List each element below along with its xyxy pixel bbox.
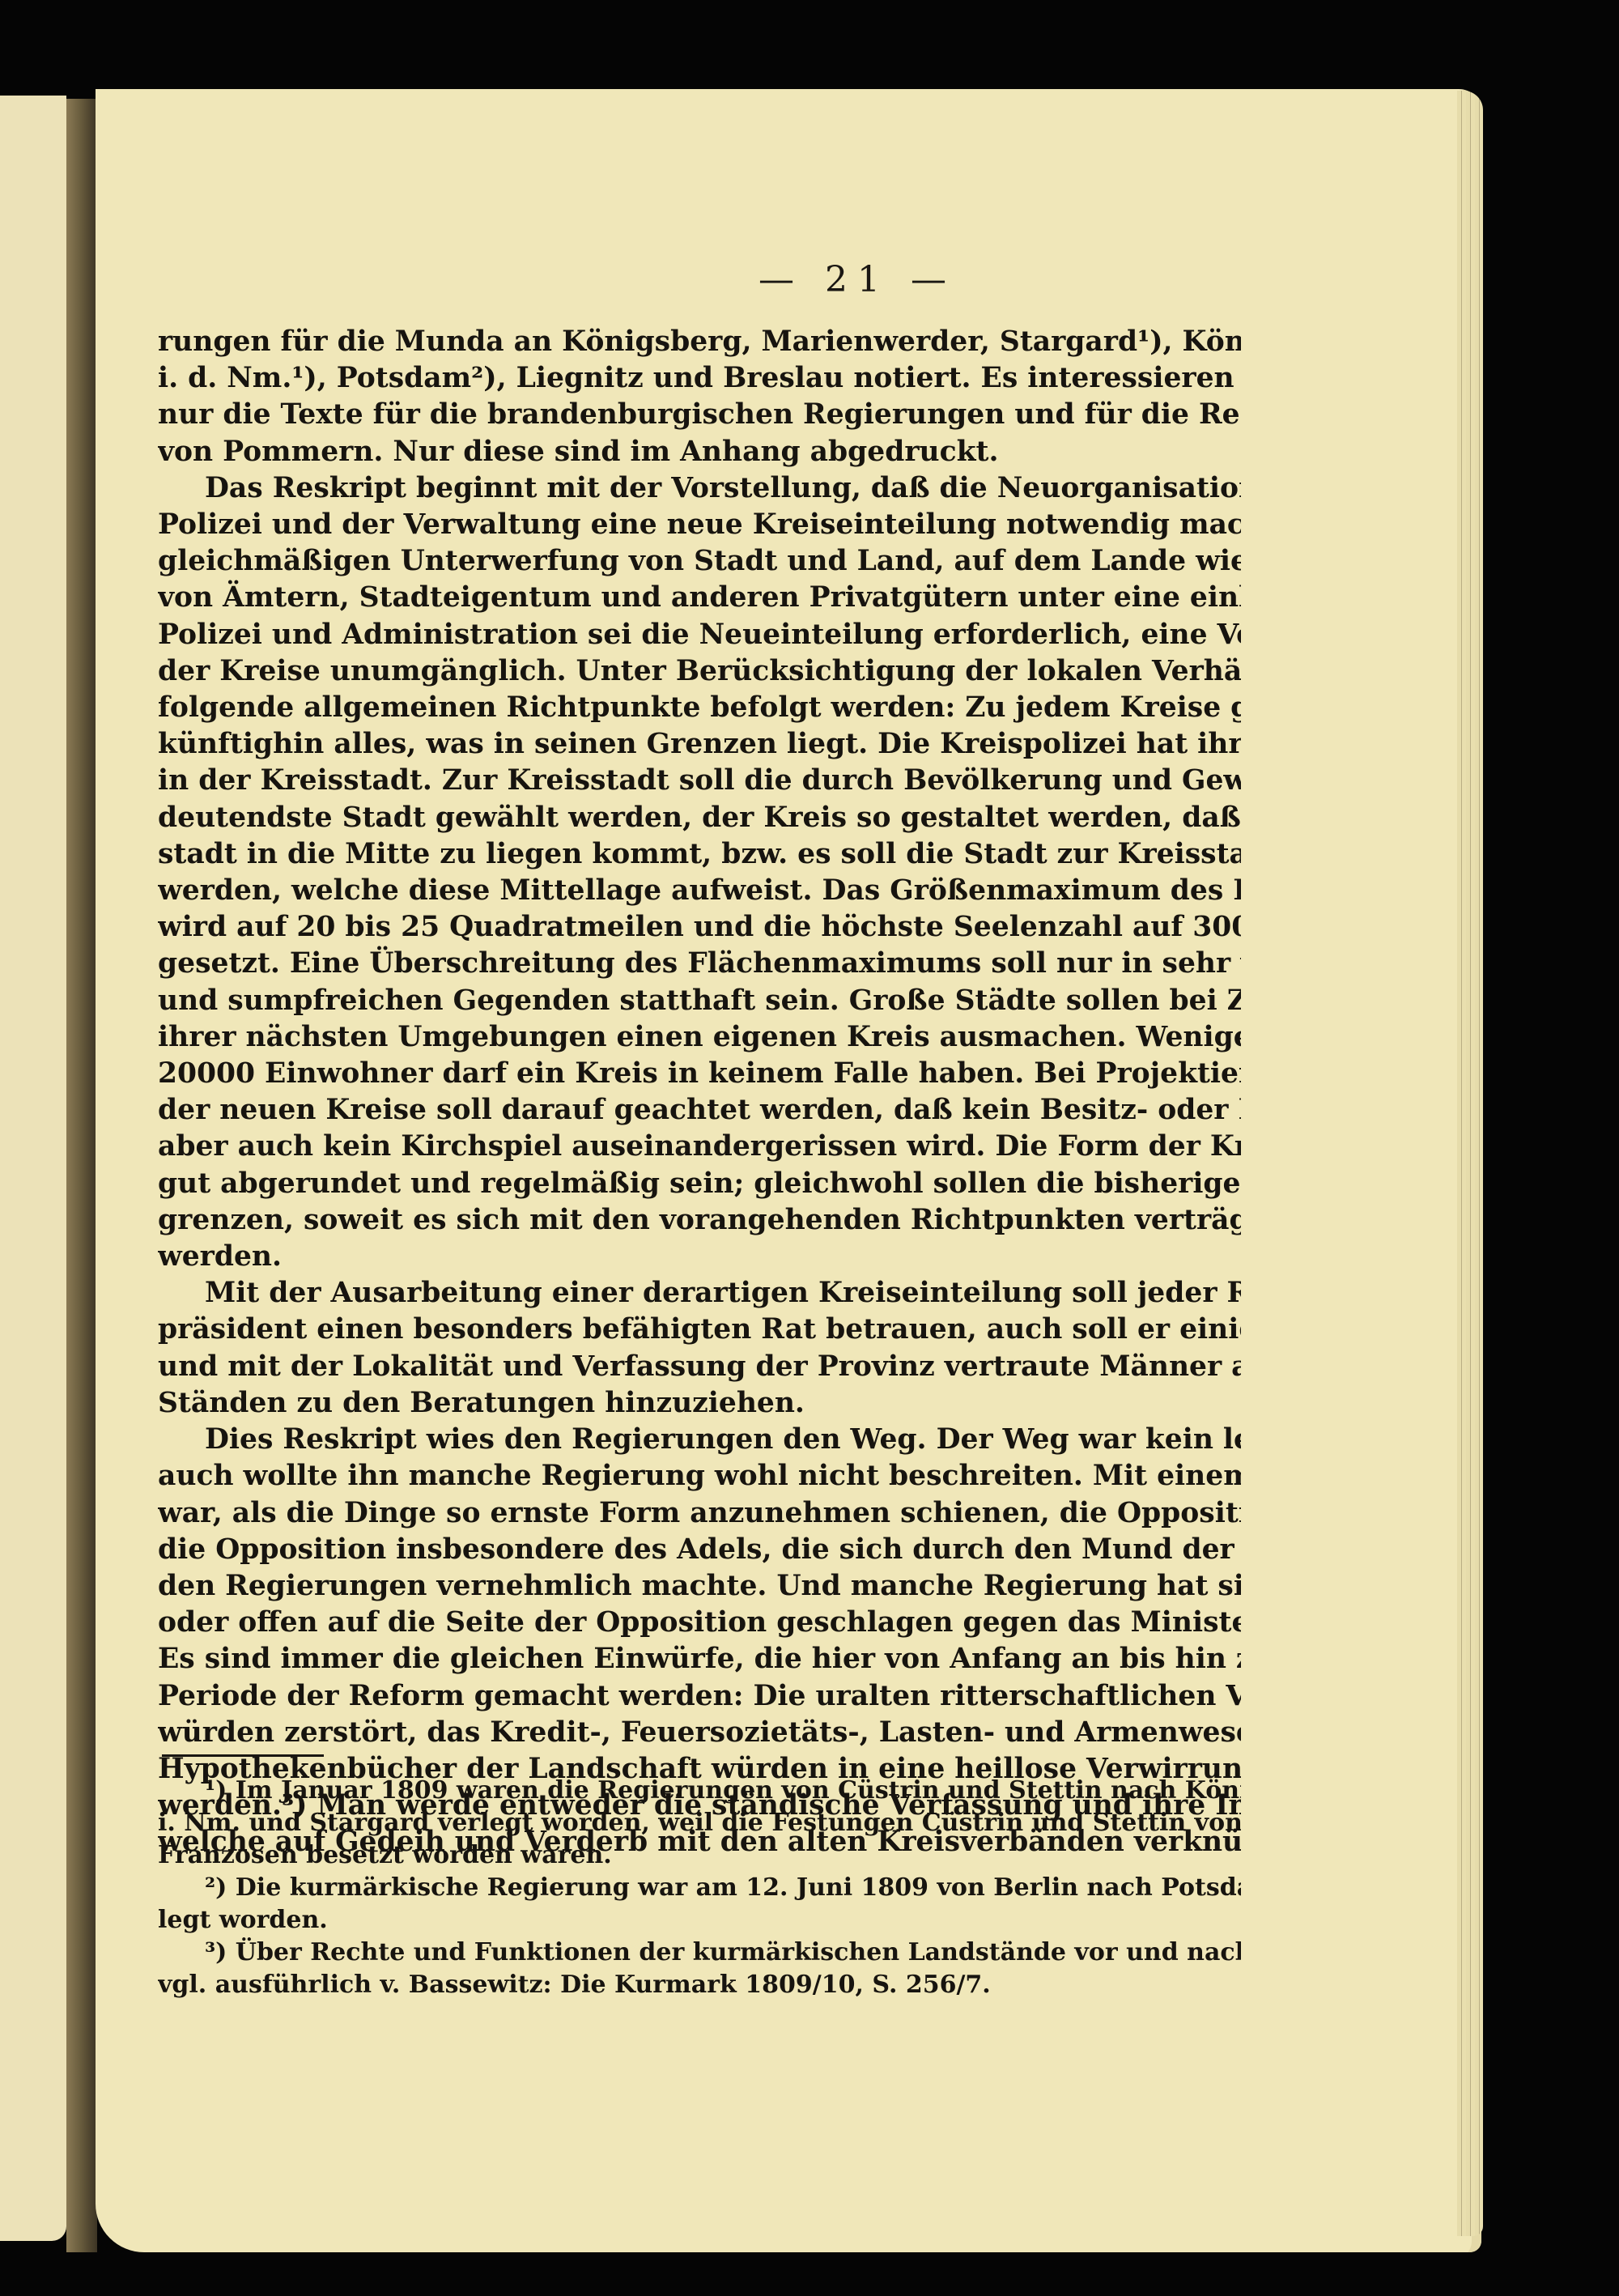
body-line: grenzen, soweit es sich mit den vorangeh… — [158, 1202, 1241, 1239]
body-line: würden zerstört, das Kredit-, Feuersozie… — [158, 1715, 1241, 1751]
body-line: von Ämtern, Stadteigentum und anderen Pr… — [158, 580, 1241, 616]
body-line: und sumpfreichen Gegenden statthaft sein… — [158, 983, 1241, 1019]
body-line: gesetzt. Eine Überschreitung des Flächen… — [158, 946, 1241, 982]
body-line: Periode der Reform gemacht werden: Die u… — [158, 1678, 1241, 1715]
body-line: künftighin alles, was in seinen Grenzen … — [158, 726, 1241, 763]
body-line: i. d. Nm.¹), Potsdam²), Liegnitz und Bre… — [158, 360, 1241, 397]
body-line: werden. — [158, 1239, 1241, 1275]
body-line: gleichmäßigen Unterwerfung von Stadt und… — [158, 543, 1241, 580]
body-line: den Regierungen vernehmlich machte. Und … — [158, 1568, 1241, 1605]
footnote-line: legt worden. — [158, 1904, 1241, 1937]
footnote-separator — [162, 1754, 324, 1757]
body-line: Es sind immer die gleichen Einwürfe, die… — [158, 1641, 1241, 1677]
body-line: folgende allgemeinen Richtpunkte befolgt… — [158, 690, 1241, 726]
body-line: oder offen auf die Seite der Opposition … — [158, 1605, 1241, 1641]
footnote-line: Franzosen besetzt worden waren. — [158, 1839, 1241, 1872]
footnotes: ¹) Im Januar 1809 waren die Regierungen … — [158, 1775, 1241, 2001]
previous-page-edge — [0, 96, 66, 2241]
body-text: rungen für die Munda an Königsberg, Mari… — [158, 324, 1241, 1861]
body-line: Ständen zu den Beratungen hinzuziehen. — [158, 1385, 1241, 1422]
body-line: die Opposition insbesondere des Adels, d… — [158, 1532, 1241, 1568]
body-line: Polizei und der Verwaltung eine neue Kre… — [158, 507, 1241, 543]
body-line: deutendste Stadt gewählt werden, der Kre… — [158, 800, 1241, 836]
body-line: der Kreise unumgänglich. Unter Berücksic… — [158, 653, 1241, 690]
body-line: und mit der Lokalität und Verfassung der… — [158, 1349, 1241, 1385]
footnote-line: ¹) Im Januar 1809 waren die Regierungen … — [158, 1775, 1241, 1807]
body-line: Dies Reskript wies den Regierungen den W… — [158, 1422, 1241, 1458]
page-stack-edge — [1457, 91, 1483, 2236]
body-line: war, als die Dinge so ernste Form anzune… — [158, 1495, 1241, 1532]
body-line: präsident einen besonders befähigten Rat… — [158, 1312, 1241, 1348]
body-line: wird auf 20 bis 25 Quadratmeilen und die… — [158, 909, 1241, 946]
body-line: werden, welche diese Mittellage aufweist… — [158, 873, 1241, 909]
body-line: 20000 Einwohner darf ein Kreis in keinem… — [158, 1056, 1241, 1092]
book-gutter — [66, 99, 97, 2252]
body-line: aber auch kein Kirchspiel auseinanderger… — [158, 1129, 1241, 1165]
body-line: der neuen Kreise soll darauf geachtet we… — [158, 1092, 1241, 1129]
body-line: von Pommern. Nur diese sind im Anhang ab… — [158, 434, 1241, 470]
footnote-line: ²) Die kurmärkische Regierung war am 12.… — [158, 1872, 1241, 1904]
body-line: auch wollte ihn manche Regierung wohl ni… — [158, 1458, 1241, 1495]
body-line: rungen für die Munda an Königsberg, Mari… — [158, 324, 1241, 360]
footnote-line: i. Nm. und Stargard verlegt worden, weil… — [158, 1807, 1241, 1839]
body-line: Mit der Ausarbeitung einer derartigen Kr… — [158, 1275, 1241, 1312]
footnote-line: vgl. ausführlich v. Bassewitz: Die Kurma… — [158, 1969, 1241, 2001]
body-line: nur die Texte für die brandenburgischen … — [158, 397, 1241, 433]
body-line: gut abgerundet und regelmäßig sein; glei… — [158, 1166, 1241, 1202]
body-line: Polizei und Administration sei die Neuei… — [158, 617, 1241, 653]
footnote-line: ³) Über Rechte und Funktionen der kurmär… — [158, 1937, 1241, 1969]
body-line: in der Kreisstadt. Zur Kreisstadt soll d… — [158, 763, 1241, 799]
body-line: ihrer nächsten Umgebungen einen eigenen … — [158, 1019, 1241, 1056]
body-line: stadt in die Mitte zu liegen kommt, bzw.… — [158, 836, 1241, 873]
body-line: Das Reskript beginnt mit der Vorstellung… — [158, 470, 1241, 507]
page-number: — 21 — — [0, 259, 1619, 300]
